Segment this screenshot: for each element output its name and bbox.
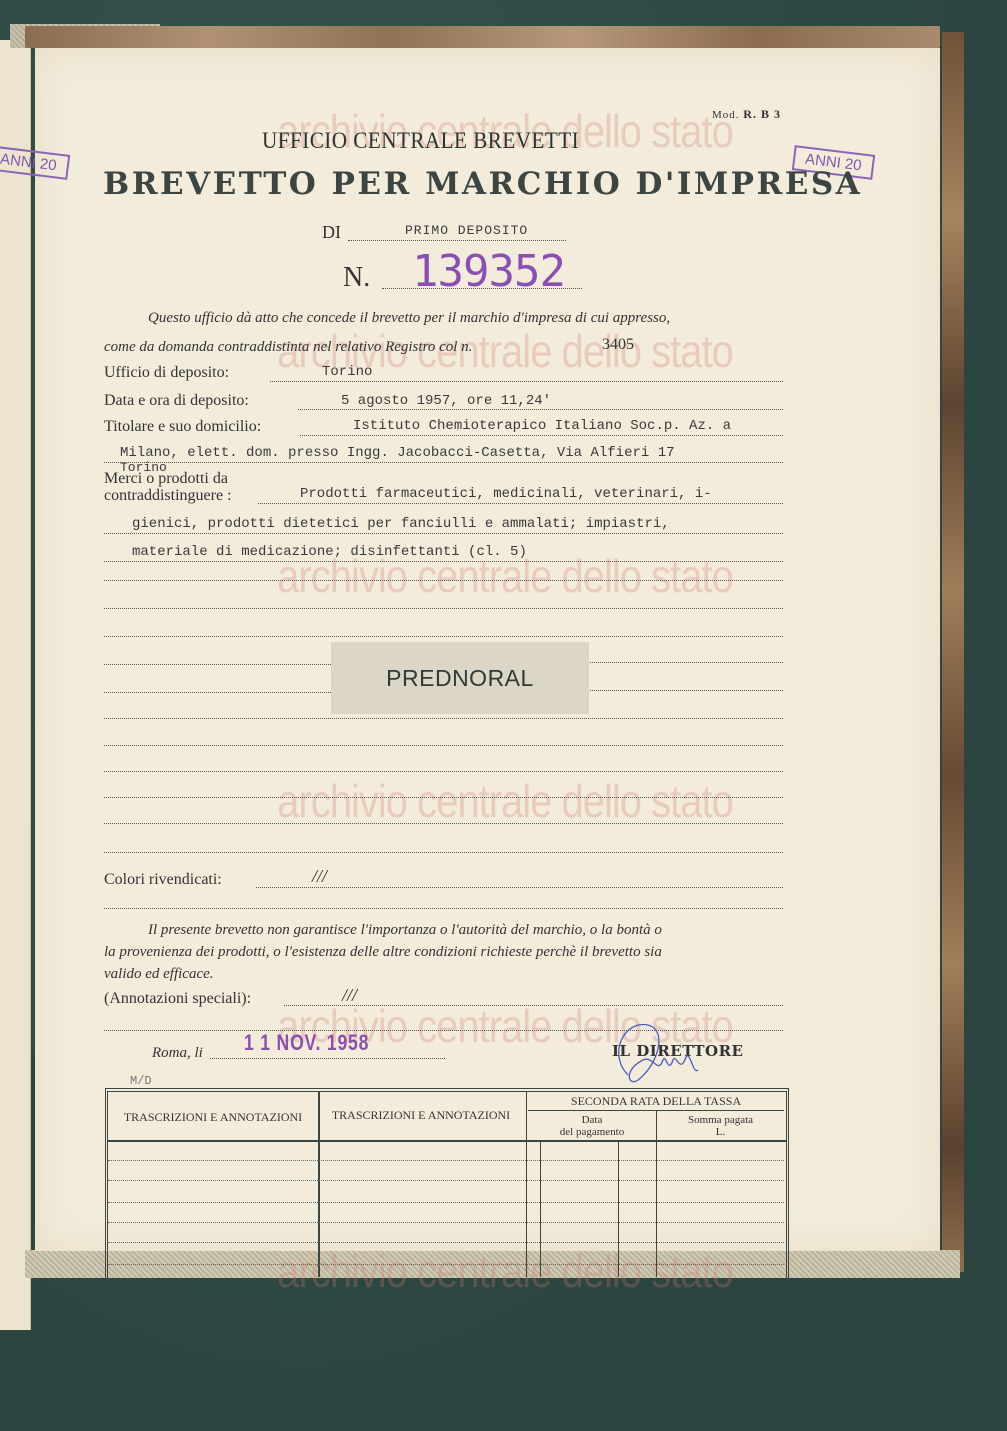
dotted-line — [104, 823, 783, 824]
dotted-line — [284, 1005, 783, 1006]
colori-value: /// — [312, 866, 327, 887]
col-header-somma: Somma pagata L. — [657, 1114, 784, 1138]
colori-label: Colori rivendicati: — [104, 871, 222, 889]
document-title: BREVETTO PER MARCHIO D'IMPRESA — [103, 166, 862, 202]
di-label: DI — [322, 222, 341, 243]
register-number: 3405 — [602, 336, 634, 354]
col-header-data-line2: del pagamento — [528, 1126, 656, 1138]
number-label: N. — [343, 262, 370, 294]
dotted-line — [104, 462, 783, 463]
col-header-somma-line1: Somma pagata — [657, 1114, 784, 1126]
column-divider — [656, 1110, 657, 1277]
table-row — [108, 1202, 784, 1203]
merci-label-1: Merci o prodotti da — [104, 470, 228, 488]
merci-value-3: materiale di medicazione; disinfettanti … — [132, 544, 527, 560]
titolare-label: Titolare e suo domicilio: — [104, 418, 261, 436]
issue-date-stamp: 1 1 NOV. 1958 — [244, 1030, 369, 1056]
table-row — [108, 1180, 784, 1181]
dotted-line — [104, 580, 783, 581]
column-divider — [526, 1092, 527, 1277]
dotted-line — [104, 908, 783, 909]
titolare-value-1: Istituto Chemioterapico Italiano Soc.p. … — [353, 418, 731, 434]
disclaimer-line-3: valido ed efficace. — [104, 966, 214, 983]
column-divider — [318, 1092, 320, 1277]
merci-label-2: contraddistinguere : — [104, 487, 232, 505]
initials: M/D — [130, 1074, 152, 1088]
signature — [598, 1015, 718, 1095]
dotted-line — [300, 435, 783, 436]
dotted-line — [104, 692, 331, 693]
table-row — [108, 1264, 784, 1265]
data-label: Data e ora di deposito: — [104, 392, 249, 410]
dotted-line — [104, 771, 783, 772]
dotted-line — [210, 1058, 445, 1059]
dotted-line — [348, 240, 566, 241]
merci-value-1: Prodotti farmaceutici, medicinali, veter… — [300, 486, 712, 502]
dotted-line — [256, 887, 783, 888]
data-value: 5 agosto 1957, ore 11,24' — [341, 393, 551, 409]
place-label: Roma, li — [152, 1045, 203, 1062]
intro-line-1: Questo ufficio dà atto che concede il br… — [148, 310, 670, 327]
dotted-line — [104, 852, 783, 853]
dotted-line — [270, 381, 783, 382]
watermark: archivio centrale dello stato — [270, 777, 740, 829]
disclaimer-line-2: la provenienza dei prodotti, o l'esisten… — [104, 944, 662, 961]
dotted-line — [104, 636, 783, 637]
dotted-line — [298, 409, 783, 410]
ufficio-label: Ufficio di deposito: — [104, 364, 229, 382]
col-header-seconda-rata: SECONDA RATA DELLA TASSA — [528, 1094, 784, 1109]
dotted-line — [104, 664, 331, 665]
intro-line-2: come da domanda contraddistinta nel rela… — [104, 339, 472, 356]
disclaimer-line-1: Il presente brevetto non garantisce l'im… — [148, 922, 662, 939]
col-header-trascrizioni-1: TRASCRIZIONI E ANNOTAZIONI — [110, 1110, 316, 1125]
annotazioni-label: (Annotazioni speciali): — [104, 990, 251, 1008]
office-name: UFFICIO CENTRALE BREVETTI — [262, 128, 579, 154]
trademark-name: PREDNORAL — [386, 665, 534, 692]
marbled-edge-top — [25, 26, 940, 48]
dotted-line — [590, 662, 783, 663]
table-row — [108, 1160, 784, 1161]
table-row — [108, 1242, 784, 1243]
dotted-line — [104, 533, 783, 534]
table-row — [108, 1222, 784, 1223]
patent-number: 139352 — [412, 246, 565, 297]
annotazioni-value: /// — [342, 985, 357, 1006]
header-divider — [108, 1140, 786, 1142]
model-code: Mod. R. B 3 — [712, 107, 781, 122]
dotted-line — [104, 608, 783, 609]
dotted-line — [104, 561, 783, 562]
dotted-line — [104, 718, 783, 719]
col-header-data: Data del pagamento — [528, 1114, 656, 1138]
column-divider — [618, 1142, 619, 1277]
deposit-type: PRIMO DEPOSITO — [405, 223, 528, 238]
col-header-data-line1: Data — [528, 1114, 656, 1126]
titolare-value-2: Milano, elett. dom. presso Ingg. Jacobac… — [120, 445, 675, 461]
annotations-table: TRASCRIZIONI E ANNOTAZIONI TRASCRIZIONI … — [105, 1088, 789, 1280]
left-page-edge — [0, 40, 31, 1330]
marbled-edge-right — [942, 32, 964, 1272]
column-divider — [540, 1142, 541, 1277]
merci-value-2: gienici, prodotti dietetici per fanciull… — [132, 516, 670, 532]
ufficio-value: Torino — [322, 364, 372, 380]
dotted-line — [104, 745, 783, 746]
col-header-trascrizioni-2: TRASCRIZIONI E ANNOTAZIONI — [320, 1108, 522, 1123]
dotted-line — [104, 797, 783, 798]
trademark-label: PREDNORAL — [331, 642, 589, 714]
col-header-somma-line2: L. — [657, 1126, 784, 1138]
dotted-line — [258, 503, 783, 504]
dotted-line — [590, 690, 783, 691]
